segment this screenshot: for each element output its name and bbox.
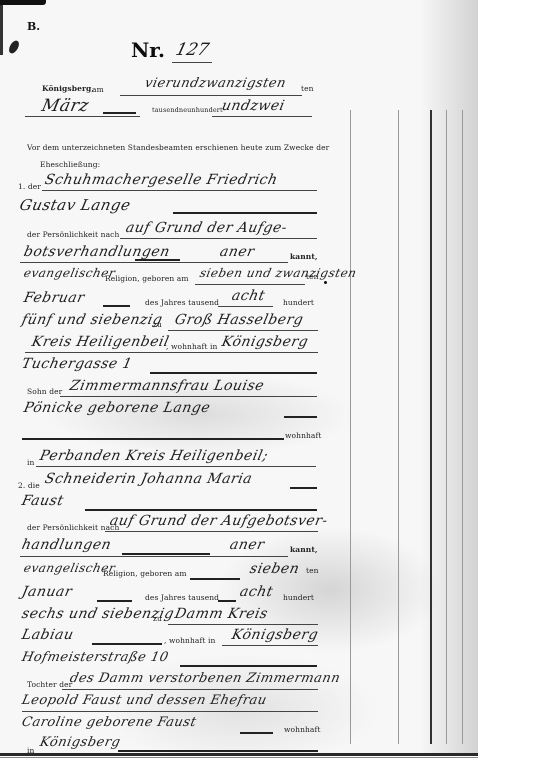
groom-occupation-name: Schuhmachergeselle Friedrich [43,172,279,188]
rule [85,509,317,511]
parents-residence-label: wohnhaft [285,431,322,440]
birth-year-label: des Jahres tausend [145,593,219,602]
bride-birth-place-2: Labiau [20,627,75,643]
date-month-handwritten: März [40,96,91,116]
rule [60,396,317,397]
month-baseline [25,116,140,117]
groom-identity-value: aner [218,244,256,260]
known-suffix: kannt, [290,252,318,261]
rule [240,732,273,734]
register-number: 127 [174,40,211,60]
groom-religion: evangelischer [23,266,117,280]
rule [290,487,317,489]
bride-occupation-name: Schneiderin Johanna Maria [43,471,253,487]
rule [150,372,317,374]
rule [62,689,318,690]
bride-identity-line2: handlungen [20,537,113,553]
rule [173,212,317,214]
bride-parents-residence: Königsberg [38,735,121,750]
bride-birth-month: Januar [20,584,73,600]
bride-birth-day: sieben [248,561,301,577]
rule [222,645,318,646]
bride-identity-line1: auf Grund der Aufgebotsver- [108,513,329,529]
year-rule [212,116,312,117]
rule [218,306,273,307]
ink-smudge [7,39,21,55]
ink-dot [324,281,327,284]
rule [168,330,318,331]
number-rule [172,62,212,63]
rule [20,262,288,263]
religion-label: Religion, geboren am [103,569,187,578]
groom-identity-label: der Persönlichkeit nach [27,230,119,239]
day-suffix: ten [306,566,319,575]
rule [22,438,284,440]
month-rule [103,112,136,114]
rule [284,416,317,418]
groom-birth-place-2: Kreis Heiligenbeil [30,334,170,350]
page-bottom-border [0,757,478,758]
date-day-handwritten: vierundzwanzigsten [143,76,287,91]
day-suffix: ten [306,272,319,281]
groom-name: Gustav Lange [18,196,132,214]
rule [25,352,318,353]
rule [42,190,317,191]
groom-residence-street: Tuchergasse 1 [20,356,133,372]
page-bottom-border [0,753,478,756]
city-label: Königsberg, [42,84,94,93]
intro-line-2: Eheschließung: [40,160,100,169]
groom-index: 1. der [18,182,41,191]
bride-residence-street: Hofmeisterstraße 10 [20,650,170,665]
hundert-label: hundert [283,593,314,602]
groom-residence-city: Königsberg [220,334,309,350]
margin-line [430,110,432,744]
bride-parents-line1: des Damm verstorbenen Zimmermann [68,671,341,686]
rule [122,553,210,555]
rule [190,578,240,580]
rule [120,238,317,239]
number-label: Nr. [131,38,165,62]
rule [36,466,316,467]
bride-birth-place-1: Damm Kreis [173,606,269,622]
form-letter: B. [27,20,40,33]
zu-label: zu [153,320,162,329]
parents-residence-label: wohnhaft [284,725,321,734]
known-suffix: kannt, [290,545,318,554]
margin-line [462,110,463,744]
rule [168,624,318,625]
margin-line [350,110,351,744]
bride-identity-value: aner [228,537,266,553]
hundert-label: hundert [283,298,314,307]
groom-birth-century: acht [230,288,266,304]
rule [97,600,132,602]
rule [180,665,317,667]
religion-label: Religion, geboren am [105,274,189,283]
rule [105,531,318,532]
groom-birth-place-1: Groß Hasselberg [173,312,305,328]
rule [22,711,318,712]
register-page: B. Nr. 127 Königsberg, am vierundzwanzig… [0,0,478,756]
groom-birth-day: sieben und zwanzigsten [199,266,358,280]
residence-label: , wohnhaft in [164,636,215,645]
zu-label: zu [153,614,162,623]
scan-edge-shadow [0,0,46,5]
groom-identity-line2: botsverhandlungen [22,244,171,260]
intro-line-1: Vor dem unterzeichneten Standesbeamten e… [27,143,329,152]
scan-edge-shadow-left [0,5,3,55]
day-rule [120,95,302,96]
year-label: tausendneunhundert [152,106,223,114]
daughter-of-label: Tochter der [27,680,72,689]
rule [135,259,180,261]
groom-identity-line1: auf Grund der Aufge- [124,220,288,236]
rule [20,556,288,557]
rule [92,643,162,645]
bride-birth-century: acht [238,584,274,600]
rule [218,600,236,602]
margin-line [446,110,447,744]
bride-parents-line3: Caroline geborene Faust [20,715,197,730]
groom-birth-month: Februar [22,290,86,306]
rule [103,305,130,307]
residence-label: , wohnhaft in [166,342,217,351]
rule [195,284,305,285]
day-suffix: ten [301,84,314,93]
groom-parents-residence: Perbanden Kreis Heiligenbeil; [38,448,269,464]
bride-residence-city: Königsberg [230,627,319,643]
bride-name: Faust [20,493,65,509]
groom-parents-line2: Pönicke geborene Lange [22,400,212,416]
groom-parents-line1: Zimmermannsfrau Louise [68,378,265,394]
bride-parents-line2: Leopold Faust und dessen Ehefrau [20,693,268,708]
date-year-handwritten: undzwei [220,98,286,114]
groom-birth-year: fünf und siebenzig [20,312,164,328]
birth-year-label: des Jahres tausend [145,298,219,307]
rule [118,750,318,752]
margin-line [398,110,399,744]
am-label: am [92,85,104,94]
in-label: in [27,746,34,755]
in-label: in [27,458,34,467]
bride-index: 2. die [18,481,40,490]
son-of-label: Sohn der [27,387,62,396]
